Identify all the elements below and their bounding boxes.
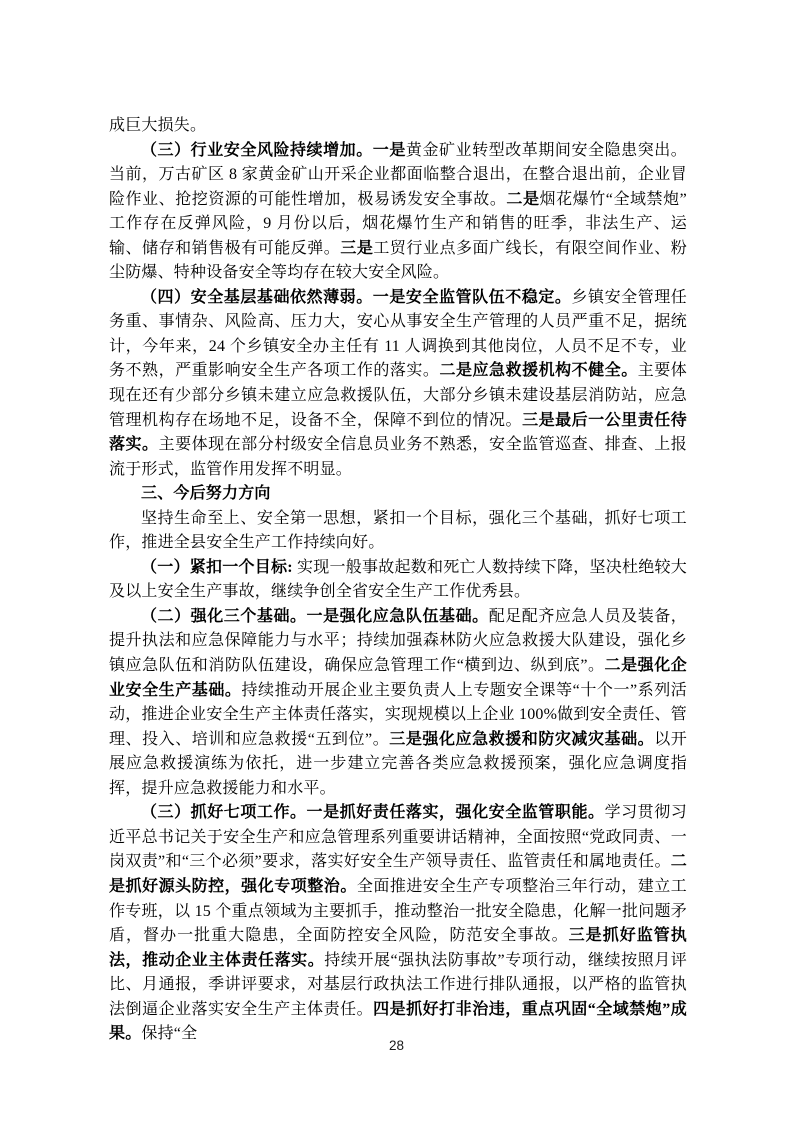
page-number: 28 bbox=[389, 1038, 404, 1053]
document-page: 成巨大损失。（三）行业安全风险持续增加。一是黄金矿业转型改革期间安全隐患突出。当… bbox=[0, 0, 793, 1122]
page-footer: 28 bbox=[0, 1037, 793, 1055]
bold-text-segment: 二是 bbox=[506, 191, 539, 208]
bold-text-segment: （三）抓好七项工作。一是抓好责任落实，强化安全监管职能。 bbox=[141, 804, 605, 821]
para-overall-goal: 坚持生命至上、安全第一思想，紧扣一个目标，强化三个基础，抓好七项工作，推进全县安… bbox=[109, 507, 687, 556]
heading-section-3-future-direction: 三、今后努力方向 bbox=[109, 482, 687, 507]
para-section-4-weak-foundation: （四）安全基层基础依然薄弱。一是安全监管队伍不稳定。乡镇安全管理任务重、事情杂、… bbox=[109, 286, 687, 482]
bold-text-segment: 三是 bbox=[340, 240, 373, 257]
bold-text-segment: （二）强化三个基础。一是强化应急队伍基础。 bbox=[141, 608, 489, 625]
bold-text-segment: 三是强化应急救援和防灾减灾基础。 bbox=[389, 731, 654, 748]
text-segment: 坚持生命至上、安全第一思想，紧扣一个目标，强化三个基础，抓好七项工作，推进全县安… bbox=[109, 510, 687, 552]
bold-text-segment: （三）行业安全风险持续增加。一是 bbox=[141, 142, 406, 159]
para-item-1-one-goal: （一）紧扣一个目标: 实现一般事故起数和死亡人数持续下降，坚决杜绝较大及以上安全… bbox=[109, 556, 687, 605]
para-item-2-three-foundations: （二）强化三个基础。一是强化应急队伍基础。配足配齐应急人员及装备，提升执法和应急… bbox=[109, 605, 687, 801]
bold-text-segment: 三、今后努力方向 bbox=[141, 485, 271, 502]
bold-text-segment: （一）紧扣一个目标: bbox=[141, 559, 297, 576]
para-item-3-seven-tasks: （三）抓好七项工作。一是抓好责任落实，强化安全监管职能。学习贯彻习近平总书记关于… bbox=[109, 801, 687, 1046]
bold-text-segment: （四）安全基层基础依然薄弱。一是安全监管队伍不稳定。 bbox=[141, 289, 571, 306]
bold-text-segment: 二是应急救援机构不健全。 bbox=[439, 362, 637, 379]
para-carryover: 成巨大损失。 bbox=[109, 114, 687, 139]
text-segment: 主要体现在部分村级安全信息员业务不熟悉，安全监管巡查、排查、上报流于形式，监管作… bbox=[109, 436, 687, 478]
document-body: 成巨大损失。（三）行业安全风险持续增加。一是黄金矿业转型改革期间安全隐患突出。当… bbox=[109, 114, 687, 1047]
para-section-3-industry-risks: （三）行业安全风险持续增加。一是黄金矿业转型改革期间安全隐患突出。当前，万古矿区… bbox=[109, 139, 687, 286]
text-segment: 成巨大损失。 bbox=[109, 117, 206, 134]
